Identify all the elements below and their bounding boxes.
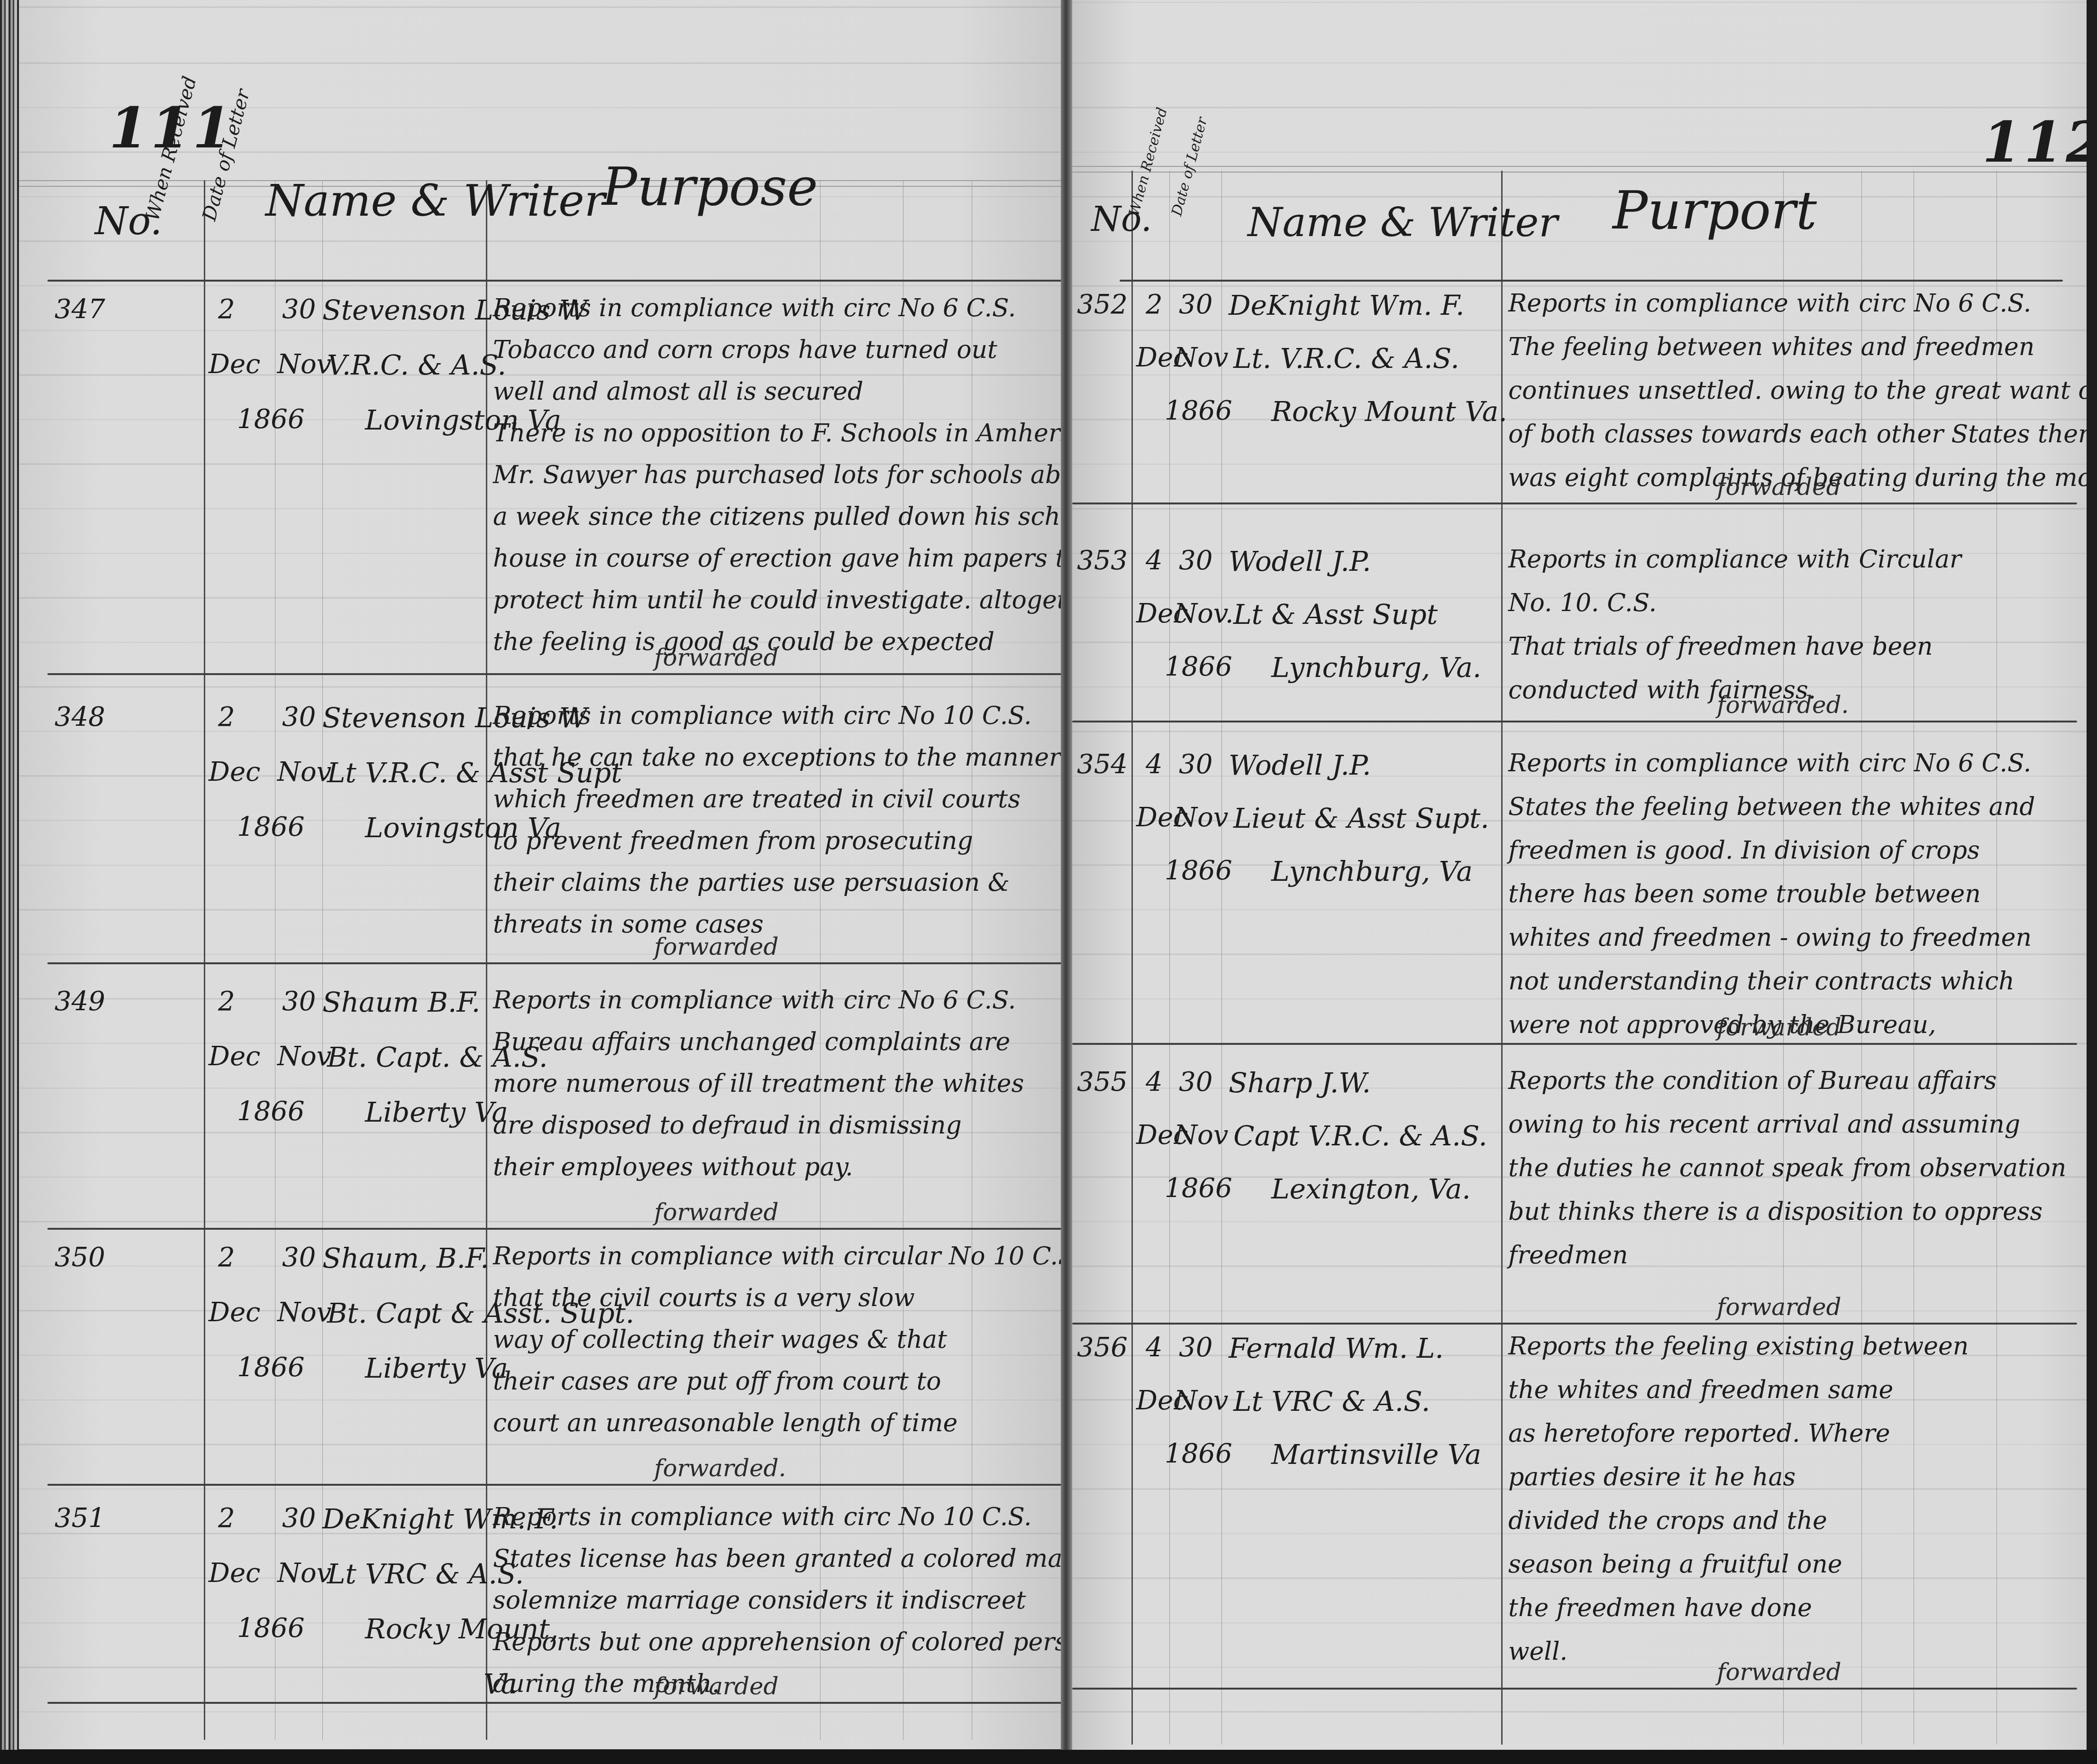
received-day: 2 xyxy=(218,1503,235,1534)
header-bottom-rule xyxy=(1120,280,2063,282)
received-month: Dec xyxy=(209,1558,260,1589)
letter-day: 30 xyxy=(282,294,316,325)
column-header-purpose: Purpose xyxy=(602,156,818,217)
letter-day: 30 xyxy=(1179,1067,1213,1097)
letter-month: Nov xyxy=(1174,802,1228,833)
purpose-line: Reports in compliance with Circular xyxy=(1508,545,1961,574)
writer-name-line: Martinsville Va xyxy=(1271,1438,1481,1471)
purpose-line: but thinks there is a disposition to opp… xyxy=(1508,1197,2042,1226)
purpose-line: The feeling between whites and freedmen xyxy=(1508,333,2034,361)
purpose-line: well and almost all is secured xyxy=(493,377,863,406)
purpose-line: solemnize marriage considers it indiscre… xyxy=(493,1586,1026,1615)
entry-number: 349 xyxy=(55,986,105,1017)
letter-year: 1866 xyxy=(237,1096,305,1127)
column-divider xyxy=(204,180,205,1740)
letter-year: 1866 xyxy=(237,1613,305,1644)
column-divider xyxy=(1861,171,1862,1745)
purpose-line: well. xyxy=(1508,1637,1568,1666)
ledger-page-right: 112 No. When Received Date of Letter Nam… xyxy=(1072,0,2087,1754)
page-number: 112 xyxy=(1982,109,2097,175)
writer-name-line: Lt & Asst Supt xyxy=(1233,598,1438,631)
purpose-line: court an unreasonable length of time xyxy=(493,1409,957,1437)
writer-name-line: Shaum, B.F. xyxy=(322,1242,489,1274)
letter-year: 1866 xyxy=(1165,1438,1232,1469)
letter-day: 30 xyxy=(1179,749,1213,780)
letter-year: 1866 xyxy=(237,812,305,842)
letter-year: 1866 xyxy=(1165,395,1232,426)
entry-separator xyxy=(1072,1323,2077,1325)
purpose-line: the whites and freedmen same xyxy=(1508,1376,1893,1404)
entry-separator xyxy=(1072,1688,2077,1690)
purpose-line: there has been some trouble between xyxy=(1508,880,1981,908)
letter-month: Nov xyxy=(1174,1120,1228,1151)
letter-day: 30 xyxy=(282,1503,316,1534)
letter-month: Nov xyxy=(277,1041,331,1072)
entry-separator xyxy=(1072,1043,2077,1045)
received-month: Dec xyxy=(209,349,260,380)
writer-name-line: Lt VRC & A.S. xyxy=(1233,1385,1430,1417)
purpose-line: Reports in compliance with circ No 10 C.… xyxy=(493,702,1031,730)
entry-separator xyxy=(47,1702,1062,1704)
column-header-name: Name & Writer xyxy=(265,175,605,226)
letter-month: Nov xyxy=(1174,1385,1228,1416)
status-forwarded: forwarded xyxy=(654,644,779,671)
entry-number: 355 xyxy=(1077,1067,1128,1097)
purpose-line: divided the crops and the xyxy=(1508,1507,1827,1535)
purpose-line: continues unsettled. owing to the great … xyxy=(1508,376,2097,405)
purpose-line: of both classes towards each other State… xyxy=(1508,420,2097,448)
purpose-line: freedmen xyxy=(1508,1241,1628,1270)
writer-name-line: Lexington, Va. xyxy=(1271,1173,1471,1205)
status-forwarded: forwarded xyxy=(1717,1658,1842,1686)
book-gutter xyxy=(1061,0,1073,1764)
letter-day: 30 xyxy=(1179,1332,1213,1363)
purpose-line: season being a fruitful one xyxy=(1508,1550,1842,1579)
letter-month: Nov xyxy=(277,1297,331,1328)
letter-year: 1866 xyxy=(1165,855,1232,886)
received-month: Dec xyxy=(209,1041,260,1072)
status-forwarded: forwarded. xyxy=(1717,691,1849,719)
letter-month: Nov xyxy=(1174,342,1228,373)
letter-year: 1866 xyxy=(1165,1173,1232,1204)
purpose-line: Reports but one apprehension of colored … xyxy=(493,1628,1111,1656)
purpose-line: are disposed to defraud in dismissing xyxy=(493,1111,962,1140)
column-divider xyxy=(1131,171,1133,1745)
entry-number: 348 xyxy=(55,702,105,732)
letter-day: 30 xyxy=(282,702,316,732)
entry-number: 352 xyxy=(1077,289,1128,320)
writer-name-line: Lynchburg, Va xyxy=(1271,855,1473,887)
purpose-line: Reports in compliance with circular No 1… xyxy=(493,1242,1082,1270)
letter-month: Nov. xyxy=(1174,598,1234,629)
letter-day: 30 xyxy=(282,1242,316,1273)
entry-number: 354 xyxy=(1077,749,1128,780)
writer-name-line: Liberty Va xyxy=(365,1352,508,1384)
purpose-line: Reports in compliance with circ No 10 C.… xyxy=(493,1503,1031,1531)
writer-name-line: Lynchburg, Va. xyxy=(1271,651,1481,684)
received-day: 4 xyxy=(1146,1067,1163,1097)
writer-name-line: DeKnight Wm. F. xyxy=(1229,289,1464,321)
entry-separator xyxy=(1072,503,2077,504)
received-day: 4 xyxy=(1146,545,1163,576)
purpose-line: Reports in compliance with circ No 6 C.S… xyxy=(493,986,1016,1015)
received-day: 2 xyxy=(218,702,235,732)
purpose-line: parties desire it he has xyxy=(1508,1463,1796,1491)
header-rule xyxy=(1072,166,2087,173)
writer-name-line: Sharp J.W. xyxy=(1229,1067,1371,1099)
letter-month: Nov xyxy=(277,349,331,380)
entry-separator xyxy=(47,1228,1062,1230)
status-forwarded: forwarded xyxy=(654,1198,779,1226)
letter-month: Nov xyxy=(277,757,331,787)
received-day: 4 xyxy=(1146,749,1163,780)
column-divider xyxy=(1997,171,1997,1745)
purpose-line: owing to his recent arrival and assuming xyxy=(1508,1110,2020,1139)
column-header-purport: Purport xyxy=(1613,180,1817,241)
status-forwarded: forwarded xyxy=(1717,1293,1842,1321)
status-forwarded: forwarded xyxy=(654,1673,779,1700)
purpose-line: States license has been granted a colore… xyxy=(493,1545,1111,1573)
purpose-line: freedmen is good. In division of crops xyxy=(1508,836,1980,865)
letter-year: 1866 xyxy=(237,404,305,435)
writer-name-line: Rocky Mount Va. xyxy=(1271,395,1507,428)
purpose-line: as heretofore reported. Where xyxy=(1508,1419,1890,1448)
purpose-line: Reports in compliance with circ No 6 C.S… xyxy=(1508,289,2031,318)
status-forwarded: forwarded xyxy=(654,933,779,960)
purpose-line: which freedmen are treated in civil cour… xyxy=(493,785,1021,813)
purpose-line: their claims the parties use persuasion … xyxy=(493,868,1010,897)
letter-day: 30 xyxy=(282,986,316,1017)
writer-name-line: Wodell J.P. xyxy=(1229,749,1371,781)
purpose-line: That trials of freedmen have been xyxy=(1508,632,1933,661)
writer-name-line: Fernald Wm. L. xyxy=(1229,1332,1444,1364)
letter-year: 1866 xyxy=(237,1352,305,1383)
entry-number: 347 xyxy=(55,294,105,325)
purpose-line: There is no opposition to F. Schools in … xyxy=(493,419,1147,448)
status-forwarded: forwarded. xyxy=(654,1454,786,1482)
status-forwarded: forwarded xyxy=(1717,473,1842,501)
writer-name-line: Capt V.R.C. & A.S. xyxy=(1233,1120,1487,1152)
purpose-line: not understanding their contracts which xyxy=(1508,967,2015,996)
purpose-line: No. 10. C.S. xyxy=(1508,589,1657,617)
writer-name-line: Lieut & Asst Supt. xyxy=(1233,802,1489,834)
book-binding xyxy=(0,0,19,1764)
writer-name-line: V.R.C. & A.S. xyxy=(327,349,506,381)
letter-day: 30 xyxy=(1179,289,1213,320)
letter-day: 30 xyxy=(1179,545,1213,576)
entry-separator xyxy=(47,1484,1062,1486)
received-month: Dec xyxy=(209,1297,260,1328)
purpose-line: Reports in compliance with circ No 6 C.S… xyxy=(1508,749,2031,777)
purpose-line: that the civil courts is a very slow xyxy=(493,1284,915,1312)
ledger-page-left: 111 No. When Received Date of Letter Nam… xyxy=(19,0,1062,1749)
received-day: 4 xyxy=(1146,1332,1163,1363)
status-forwarded: forwarded xyxy=(1717,1014,1842,1041)
purpose-line: the duties he cannot speak from observat… xyxy=(1508,1154,2066,1182)
purpose-line: Bureau affairs unchanged complaints are xyxy=(493,1028,1010,1056)
header-bottom-rule xyxy=(47,280,1062,282)
purpose-line: a week since the citizens pulled down hi… xyxy=(493,503,1106,531)
purpose-line: their cases are put off from court to xyxy=(493,1367,941,1396)
page-edge-shadow xyxy=(2087,0,2097,1764)
purpose-line: their employees without pay. xyxy=(493,1153,853,1181)
purpose-line: Reports the condition of Bureau affairs xyxy=(1508,1067,1997,1095)
purpose-line: Reports in compliance with circ No 6 C.S… xyxy=(493,294,1016,322)
column-divider xyxy=(1914,171,1914,1745)
writer-name-line: Lt. V.R.C. & A.S. xyxy=(1233,342,1459,375)
received-day: 2 xyxy=(218,294,235,325)
purpose-line: house in course of erection gave him pap… xyxy=(493,544,1080,573)
entry-number: 353 xyxy=(1077,545,1128,576)
purpose-line: States the feeling between the whites an… xyxy=(1508,793,2035,821)
received-month: Dec xyxy=(209,757,260,787)
entry-number: 351 xyxy=(55,1503,105,1534)
letter-year: 1866 xyxy=(1165,651,1232,682)
entry-separator xyxy=(1072,721,2077,722)
purpose-line: the freedmen have done xyxy=(1508,1594,1812,1622)
page-bottom-shadow xyxy=(0,1750,2097,1764)
purpose-line: to prevent freedmen from prosecuting xyxy=(493,827,973,855)
writer-name-line: Wodell J.P. xyxy=(1229,545,1371,577)
purpose-line: Reports the feeling existing between xyxy=(1508,1332,1969,1361)
purpose-line: whites and freedmen - owing to freedmen xyxy=(1508,923,2032,952)
purpose-line: more numerous of ill treatment the white… xyxy=(493,1069,1024,1098)
purpose-line: Mr. Sawyer has purchased lots for school… xyxy=(493,461,1102,489)
entry-number: 356 xyxy=(1077,1332,1128,1363)
writer-name-line: Liberty Va xyxy=(365,1096,508,1128)
entry-separator xyxy=(47,673,1062,675)
purpose-line: protect him until he could investigate. … xyxy=(493,586,1109,614)
writer-name-line: Shaum B.F. xyxy=(322,986,480,1018)
received-day: 2 xyxy=(1146,289,1163,320)
purpose-line: that he can take no exceptions to the ma… xyxy=(493,743,1061,772)
entry-number: 350 xyxy=(55,1242,105,1273)
column-header-name: Name & Writer xyxy=(1248,199,1558,246)
entry-separator xyxy=(47,962,1062,964)
purpose-line: Tobacco and corn crops have turned out xyxy=(493,336,997,364)
purpose-line: way of collecting their wages & that xyxy=(493,1325,947,1354)
letter-month: Nov xyxy=(277,1558,331,1589)
received-day: 2 xyxy=(218,1242,235,1273)
received-day: 2 xyxy=(218,986,235,1017)
